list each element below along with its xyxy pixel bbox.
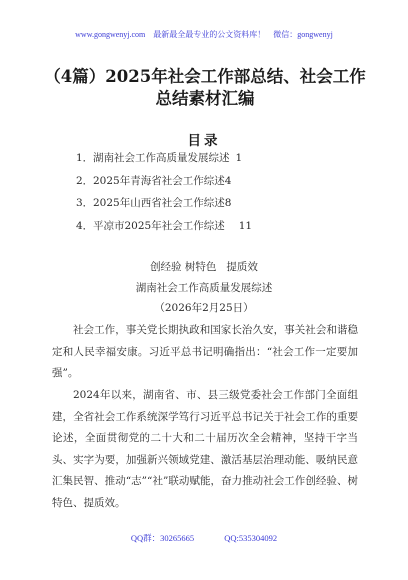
toc-item[interactable]: 1． 湖南社会工作高质量发展综述 1 xyxy=(76,151,336,174)
toc-item[interactable]: 2． 2025年青海省社会工作综述 4 xyxy=(76,174,336,197)
header-tagline: 最新最全最专业的公文资料库！ xyxy=(153,30,265,39)
toc-item[interactable]: 3． 2025年山西省社会工作综述 8 xyxy=(76,196,336,219)
footer-qq-group: QQ群：30265665 xyxy=(131,533,194,543)
toc-item-number: 4． xyxy=(76,219,93,242)
toc-item-page: 11 xyxy=(239,219,252,242)
document-page: www.gongwenyj.com 最新最全最专业的公文资料库！ 微信：gong… xyxy=(0,0,408,580)
toc-item-label: 2025年青海省社会工作综述 xyxy=(93,174,225,197)
header-site-link[interactable]: www.gongwenyj.com xyxy=(75,30,145,39)
toc-item[interactable]: 4． 平凉市2025年社会工作综述 11 xyxy=(76,219,336,242)
body-paragraph: 社会工作，事关党长期执政和国家长治久安，事关社会和谐稳定和人民幸福安康。习近平总… xyxy=(52,320,358,385)
section-title: 湖南社会工作高质量发展综述 xyxy=(0,280,408,295)
body-paragraph: 2024年以来，湖南省、市、县三级党委社会工作部门全面组建，全省社会工作系统深学… xyxy=(52,385,358,514)
toc-item-label: 2025年山西省社会工作综述 xyxy=(93,196,225,219)
footer-qq: QQ:535304092 xyxy=(224,533,277,543)
toc-item-number: 3． xyxy=(76,196,93,219)
toc-item-number: 1． xyxy=(76,151,93,174)
section-motto: 创经验 树特色 提质效 xyxy=(0,259,408,274)
page-header: www.gongwenyj.com 最新最全最专业的公文资料库！ 微信：gong… xyxy=(0,29,408,40)
toc-heading: 目录 xyxy=(0,129,408,149)
toc-item-page: 1 xyxy=(236,151,243,174)
toc-item-label: 湖南社会工作高质量发展综述 xyxy=(93,151,230,174)
toc-item-page: 4 xyxy=(225,174,232,197)
toc-item-page: 8 xyxy=(225,196,232,219)
header-wechat: 微信：gongwenyj xyxy=(273,30,333,39)
table-of-contents: 1． 湖南社会工作高质量发展综述 1 2． 2025年青海省社会工作综述 4 3… xyxy=(76,151,336,241)
section-date: （2026年2月25日） xyxy=(0,300,408,315)
toc-item-number: 2． xyxy=(76,174,93,197)
toc-item-label: 平凉市2025年社会工作综述 xyxy=(93,219,225,242)
page-footer: QQ群：30265665 QQ:535304092 xyxy=(0,532,408,544)
document-title: （4篇）2025年社会工作部总结、社会工作总结素材汇编 xyxy=(40,66,370,110)
